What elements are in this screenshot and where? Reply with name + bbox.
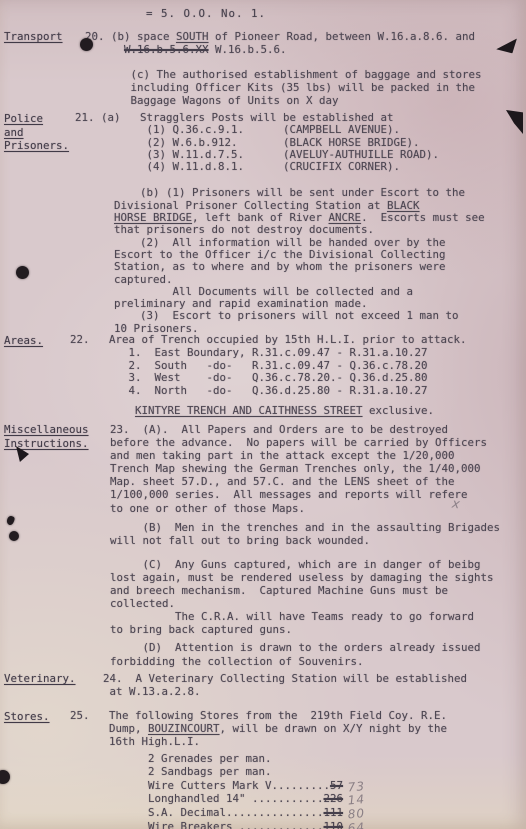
label-line: Transport [4, 30, 63, 44]
section-transport: Transport 20. (b) space SOUTH of Pioneer… [0, 30, 526, 107]
label-line: Stores. [4, 710, 50, 724]
section-veterinary: Veterinary. 24. A Veterinary Collecting … [0, 672, 526, 698]
section-body-police: 21. (a) Stragglers Posts will be establi… [75, 112, 526, 335]
section-police-and-prisoners: PoliceandPrisoners. 21. (a) Stragglers P… [0, 112, 526, 335]
section-label-misc: MiscellaneousInstructions. [4, 423, 89, 450]
section-label-transport: Transport [4, 30, 63, 44]
label-line: and [4, 126, 69, 140]
section-body-veterinary: 24. A Veterinary Collecting Station will… [103, 672, 526, 698]
label-line: Prisoners. [4, 139, 69, 153]
paragraph: 24. A Veterinary Collecting Station will… [103, 672, 526, 698]
punch-hole-icon [16, 266, 29, 279]
paragraph: 21. (a) Stragglers Posts will be establi… [75, 112, 526, 173]
punch-hole-icon [80, 38, 93, 51]
paragraph: KINTYRE TRENCH AND CAITHNESS STREET excl… [70, 405, 526, 418]
paragraph: (c) The authorised establishment of bagg… [85, 68, 526, 107]
paragraph: 2 Grenades per man. 2 Sandbags per man. … [70, 753, 526, 829]
section-body-transport: 20. (b) space SOUTH of Pioneer Road, bet… [85, 30, 526, 107]
section-body-areas: 22. Area of Trench occupied by 15th H.L.… [70, 334, 526, 418]
paragraph: (C) Any Guns captured, which are in dang… [110, 558, 526, 637]
paragraph: 22. Area of Trench occupied by 15th H.L.… [70, 334, 526, 398]
section-label-veterinary: Veterinary. [4, 672, 76, 686]
document-page: = 5. O.O. No. 1. Transport 20. (b) space… [0, 0, 526, 829]
punch-hole-icon [9, 531, 19, 541]
section-areas: Areas. 22. Area of Trench occupied by 15… [0, 334, 526, 418]
paragraph: (B) Men in the trenches and in the assau… [110, 521, 526, 547]
section-label-police: PoliceandPrisoners. [4, 112, 69, 153]
label-line: Veterinary. [4, 672, 76, 686]
paragraph: (b) (1) Prisoners will be sent under Esc… [75, 187, 526, 335]
section-label-stores: Stores. [4, 710, 50, 724]
section-body-misc: 23. (A). All Papers and Orders are to be… [110, 423, 526, 668]
label-line: Police [4, 112, 69, 126]
section-body-stores: 25. The following Stores from the 219th … [70, 710, 526, 829]
section-label-areas: Areas. [4, 334, 43, 348]
paragraph: 23. (A). All Papers and Orders are to be… [110, 423, 526, 515]
paragraph: 25. The following Stores from the 219th … [70, 710, 526, 749]
label-line: Miscellaneous [4, 423, 89, 437]
paragraph: (D) Attention is drawn to the orders alr… [110, 641, 526, 667]
section-stores: Stores. 25. The following Stores from th… [0, 710, 526, 829]
section-miscellaneous-instructions: MiscellaneousInstructions. 23. (A). All … [0, 423, 526, 668]
paragraph: 20. (b) space SOUTH of Pioneer Road, bet… [85, 30, 526, 56]
label-line: Areas. [4, 334, 43, 348]
pencil-x-mark: x [451, 498, 460, 512]
page-header: = 5. O.O. No. 1. [146, 7, 266, 20]
